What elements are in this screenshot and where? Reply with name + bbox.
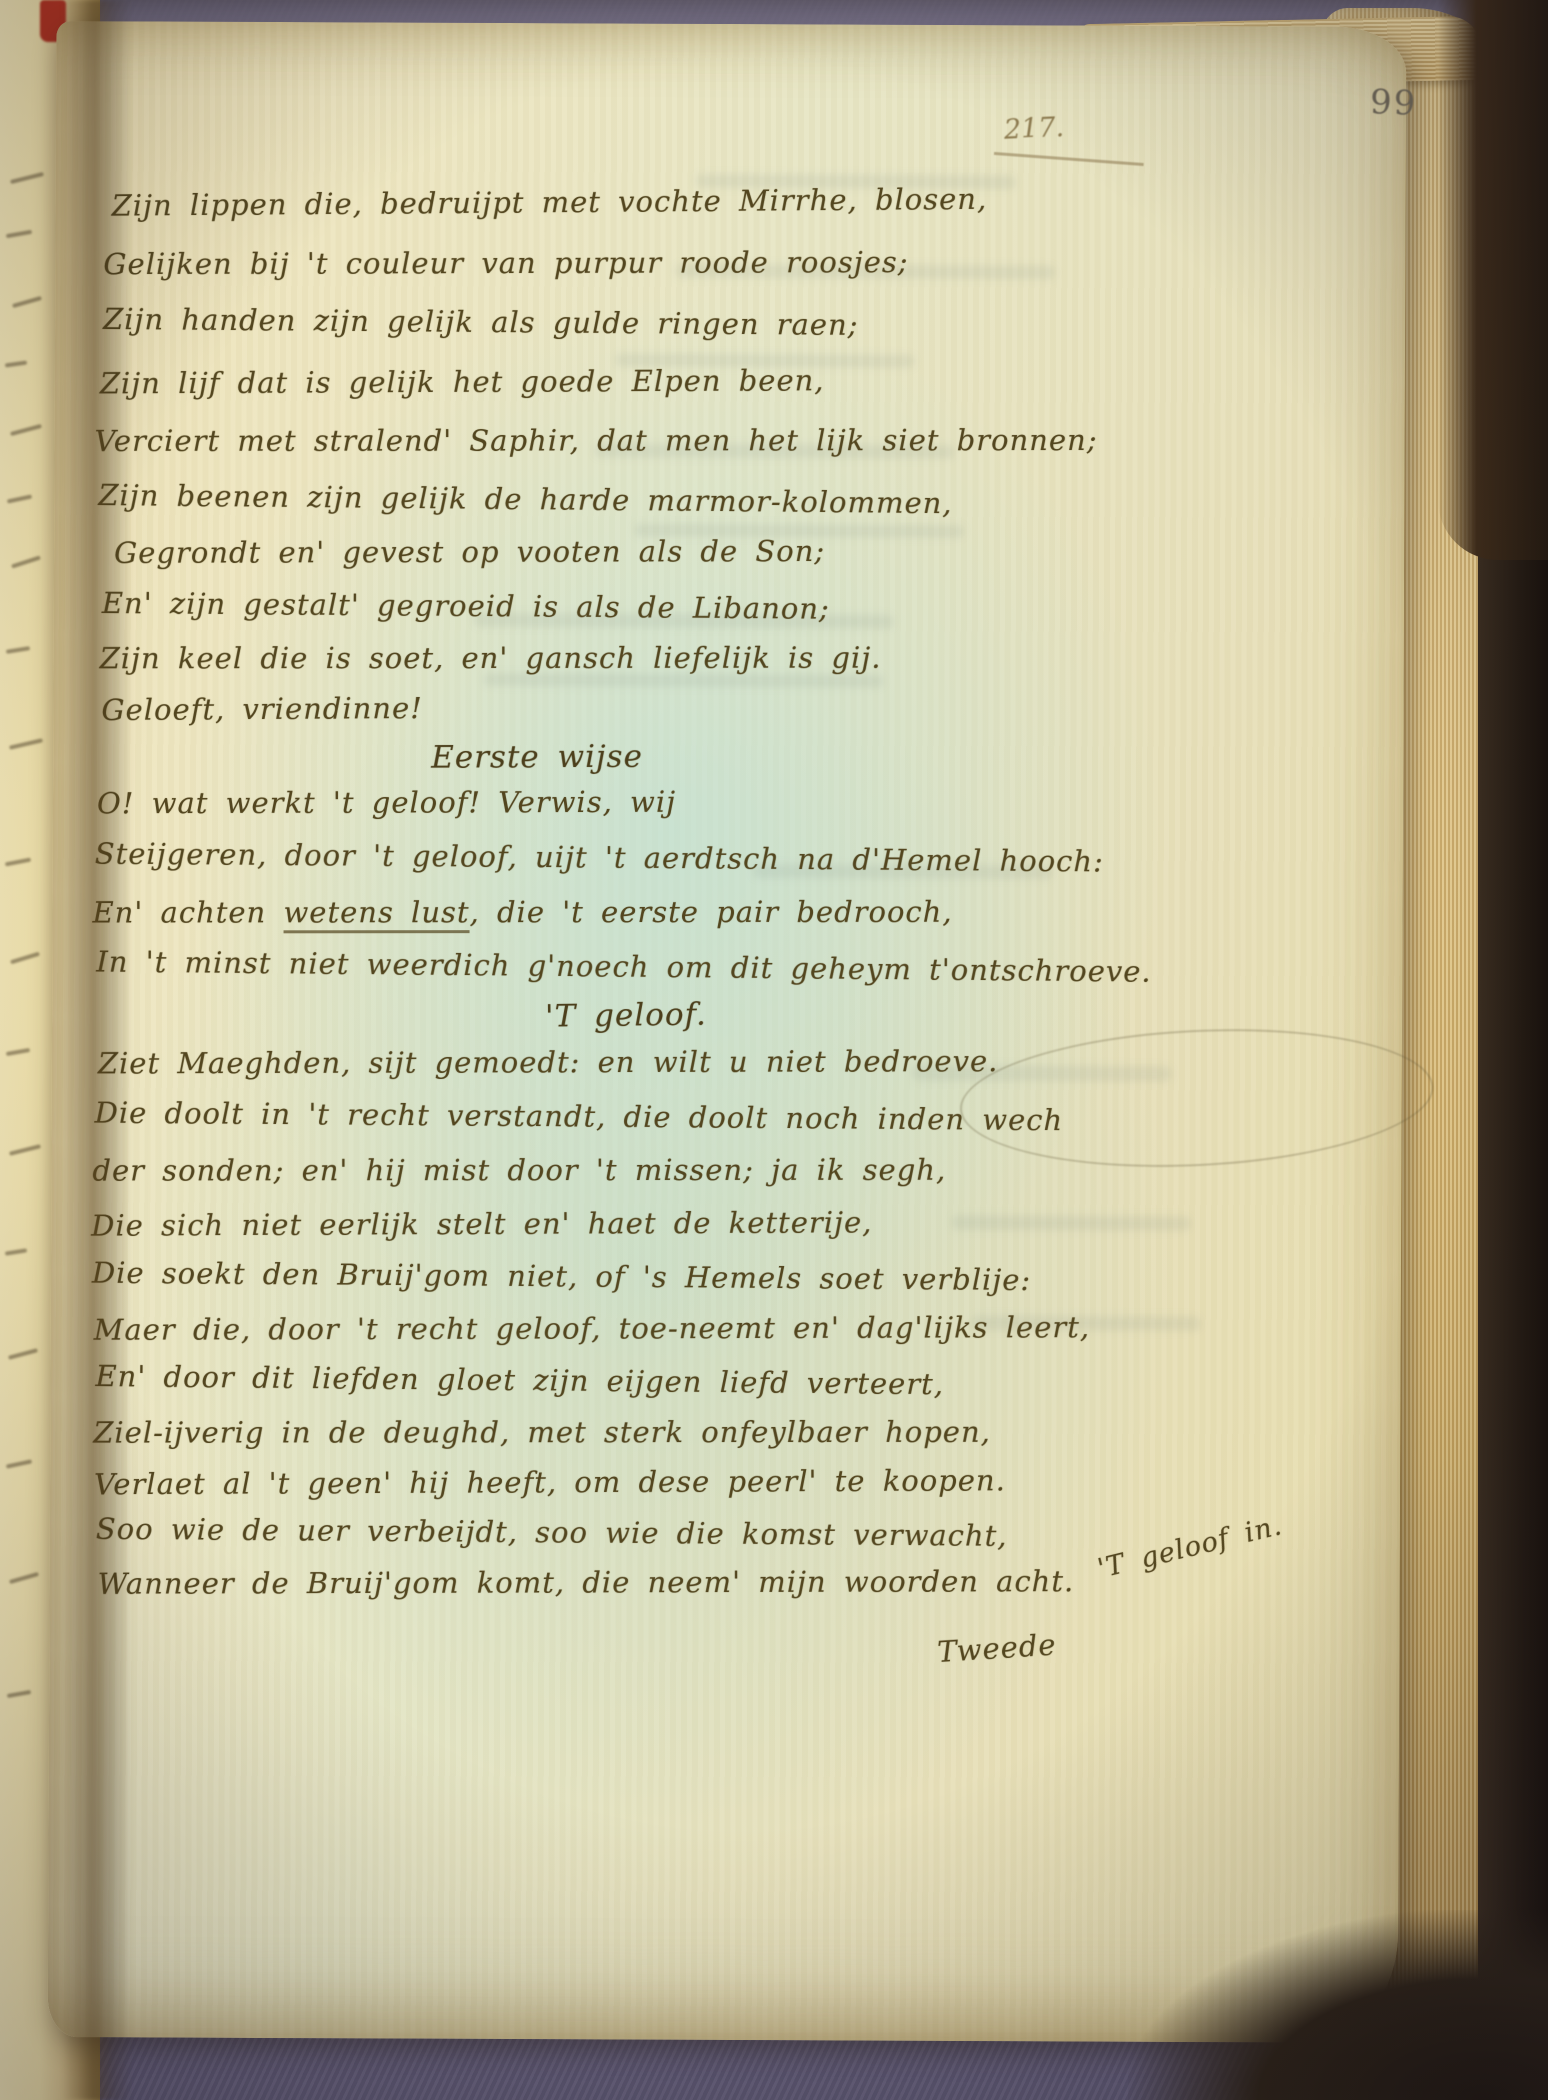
manuscript-line-10: Geloeft, vriendinne! <box>101 691 423 727</box>
manuscript-line-3: Zijn handen zijn gelijk als gulde ringen… <box>103 302 859 342</box>
manuscript-line-23: Verlaet al 't geen' hij heeft, om dese p… <box>94 1463 1006 1501</box>
manuscript-line-17: der sonden; en' hij mist door 't missen;… <box>92 1153 946 1188</box>
manuscript-line-2: Gelijken bij 't couleur van purpur roode… <box>103 245 908 281</box>
manuscript-line-4: Zijn lijf dat is gelijk het goede Elpen … <box>100 363 825 400</box>
manuscript-line-22: Ziel-ijverig in de deughd, met sterk onf… <box>93 1415 991 1450</box>
folio-number: 99 <box>1369 82 1418 124</box>
manuscript-line-14: In 't minst niet weerdich g'noech om dit… <box>96 944 1152 988</box>
book-cover-top-right <box>1438 0 1548 560</box>
manuscript-line-19: Die soekt den Bruij'gom niet, of 's Heme… <box>92 1256 1032 1297</box>
manuscript-line-13: En' achten wetens lust, die 't eerste pa… <box>93 895 953 930</box>
manuscript-line-18: Die sich niet eerlijk stelt en' haet de … <box>91 1205 872 1242</box>
header-number-flourish <box>994 152 1144 166</box>
line-13-end: , die 't eerste pair bedrooch, <box>470 895 953 929</box>
margin-note: 'T geloof in. <box>1095 1510 1286 1585</box>
manuscript-line-20: Maer die, door 't recht geloof, toe-neem… <box>94 1310 1090 1347</box>
manuscript-line-11: O! wat werkt 't geloof! Verwis, wij <box>97 785 676 821</box>
manuscript-line-21: En' door dit liefden gloet zijn eijgen l… <box>95 1359 944 1401</box>
oval-flourish <box>957 1019 1437 1178</box>
manuscript-line-7: Gegrondt en' gevest op vooten als de Son… <box>114 534 825 570</box>
manuscript-line-9: Zijn keel die is soet, en' gansch liefel… <box>100 641 882 676</box>
heading-t-geloof: 'T geloof. <box>545 997 707 1035</box>
manuscript-line-12: Steijgeren, door 't geloof, uijt 't aerd… <box>95 836 1104 878</box>
dark-bottom-right-corner <box>1128 1910 1548 2100</box>
manuscript-line-15: Ziet Maeghden, sijt gemoedt: en wilt u n… <box>98 1044 999 1080</box>
line-13-underlined-words: wetens lust <box>283 895 469 933</box>
manuscript-line-16: Die doolt in 't recht verstandt, die doo… <box>95 1096 1064 1138</box>
manuscript-line-8: En' zijn gestalt' gegroeid is als de Lib… <box>102 586 830 626</box>
manuscript-line-1: Zijn lippen die, bedruijpt met vochte Mi… <box>111 182 987 223</box>
catchword-tweede: Tweede <box>936 1627 1057 1669</box>
manuscript-line-5: Verciert met stralend' Saphir, dat men h… <box>95 423 1098 458</box>
manuscript-line-24: Soo wie de uer verbeijdt, soo wie die ko… <box>96 1512 1008 1553</box>
manuscript-page: 217. 99 Zijn lippen die, bedruijpt met v… <box>48 21 1407 2043</box>
gutter-shadow <box>62 0 132 2100</box>
manuscript-line-25: Wanneer de Bruij'gom komt, die neem' mij… <box>98 1564 1075 1601</box>
manuscript-line-6: Zijn beenen zijn gelijk de harde marmor-… <box>98 478 953 520</box>
header-page-number: 217. <box>1003 112 1065 146</box>
heading-eerste-wijse: Eerste wijse <box>431 739 643 776</box>
manuscript-photo: 217. 99 Zijn lippen die, bedruijpt met v… <box>0 0 1548 2100</box>
